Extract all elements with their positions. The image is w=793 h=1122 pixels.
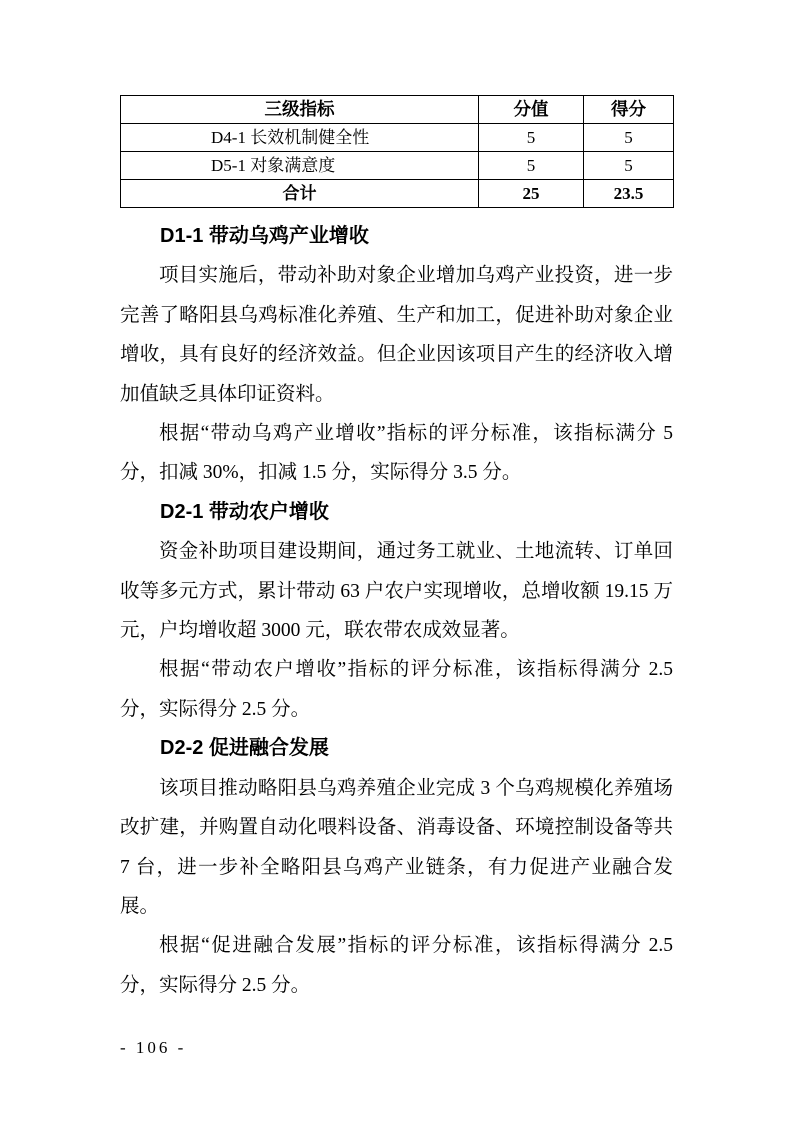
section-heading-d1-1: D1-1 带动乌鸡产业增收 bbox=[120, 217, 673, 256]
section-heading-d2-1: D2-1 带动农户增收 bbox=[120, 493, 673, 532]
max-score-cell: 5 bbox=[479, 124, 584, 152]
total-max-score-cell: 25 bbox=[479, 180, 584, 208]
document-page: 三级指标 分值 得分 D4-1 长效机制健全性 5 5 D5-1 对象满意度 5… bbox=[0, 0, 793, 1122]
body-text: D1-1 带动乌鸡产业增收 项目实施后，带动补助对象企业增加乌鸡产业投资，进一步… bbox=[120, 217, 673, 1005]
table-header-row: 三级指标 分值 得分 bbox=[121, 96, 674, 124]
table-header-indicator: 三级指标 bbox=[121, 96, 479, 124]
indicator-cell: D5-1 对象满意度 bbox=[121, 152, 479, 180]
total-label-cell: 合计 bbox=[121, 180, 479, 208]
paragraph: 根据“带动乌鸡产业增收”指标的评分标准，该指标满分 5 分，扣减 30%，扣减 … bbox=[120, 414, 673, 493]
score-cell: 5 bbox=[584, 152, 674, 180]
paragraph: 该项目推动略阳县乌鸡养殖企业完成 3 个乌鸡规模化养殖场改扩建，并购置自动化喂料… bbox=[120, 769, 673, 927]
max-score-cell: 5 bbox=[479, 152, 584, 180]
paragraph: 项目实施后，带动补助对象企业增加乌鸡产业投资，进一步完善了略阳县乌鸡标准化养殖、… bbox=[120, 256, 673, 414]
table-header-score: 得分 bbox=[584, 96, 674, 124]
total-score-cell: 23.5 bbox=[584, 180, 674, 208]
table-row: D4-1 长效机制健全性 5 5 bbox=[121, 124, 674, 152]
table-total-row: 合计 25 23.5 bbox=[121, 180, 674, 208]
paragraph: 根据“促进融合发展”指标的评分标准，该指标得满分 2.5 分，实际得分 2.5 … bbox=[120, 926, 673, 1005]
score-table: 三级指标 分值 得分 D4-1 长效机制健全性 5 5 D5-1 对象满意度 5… bbox=[120, 95, 674, 208]
page-number: - 106 - bbox=[120, 1038, 186, 1058]
score-cell: 5 bbox=[584, 124, 674, 152]
page-content: 三级指标 分值 得分 D4-1 长效机制健全性 5 5 D5-1 对象满意度 5… bbox=[120, 95, 673, 1005]
paragraph: 资金补助项目建设期间，通过务工就业、土地流转、订单回收等多元方式，累计带动 63… bbox=[120, 532, 673, 650]
section-heading-d2-2: D2-2 促进融合发展 bbox=[120, 729, 673, 768]
indicator-cell: D4-1 长效机制健全性 bbox=[121, 124, 479, 152]
table-header-max-score: 分值 bbox=[479, 96, 584, 124]
paragraph: 根据“带动农户增收”指标的评分标准，该指标得满分 2.5 分，实际得分 2.5 … bbox=[120, 650, 673, 729]
table-row: D5-1 对象满意度 5 5 bbox=[121, 152, 674, 180]
